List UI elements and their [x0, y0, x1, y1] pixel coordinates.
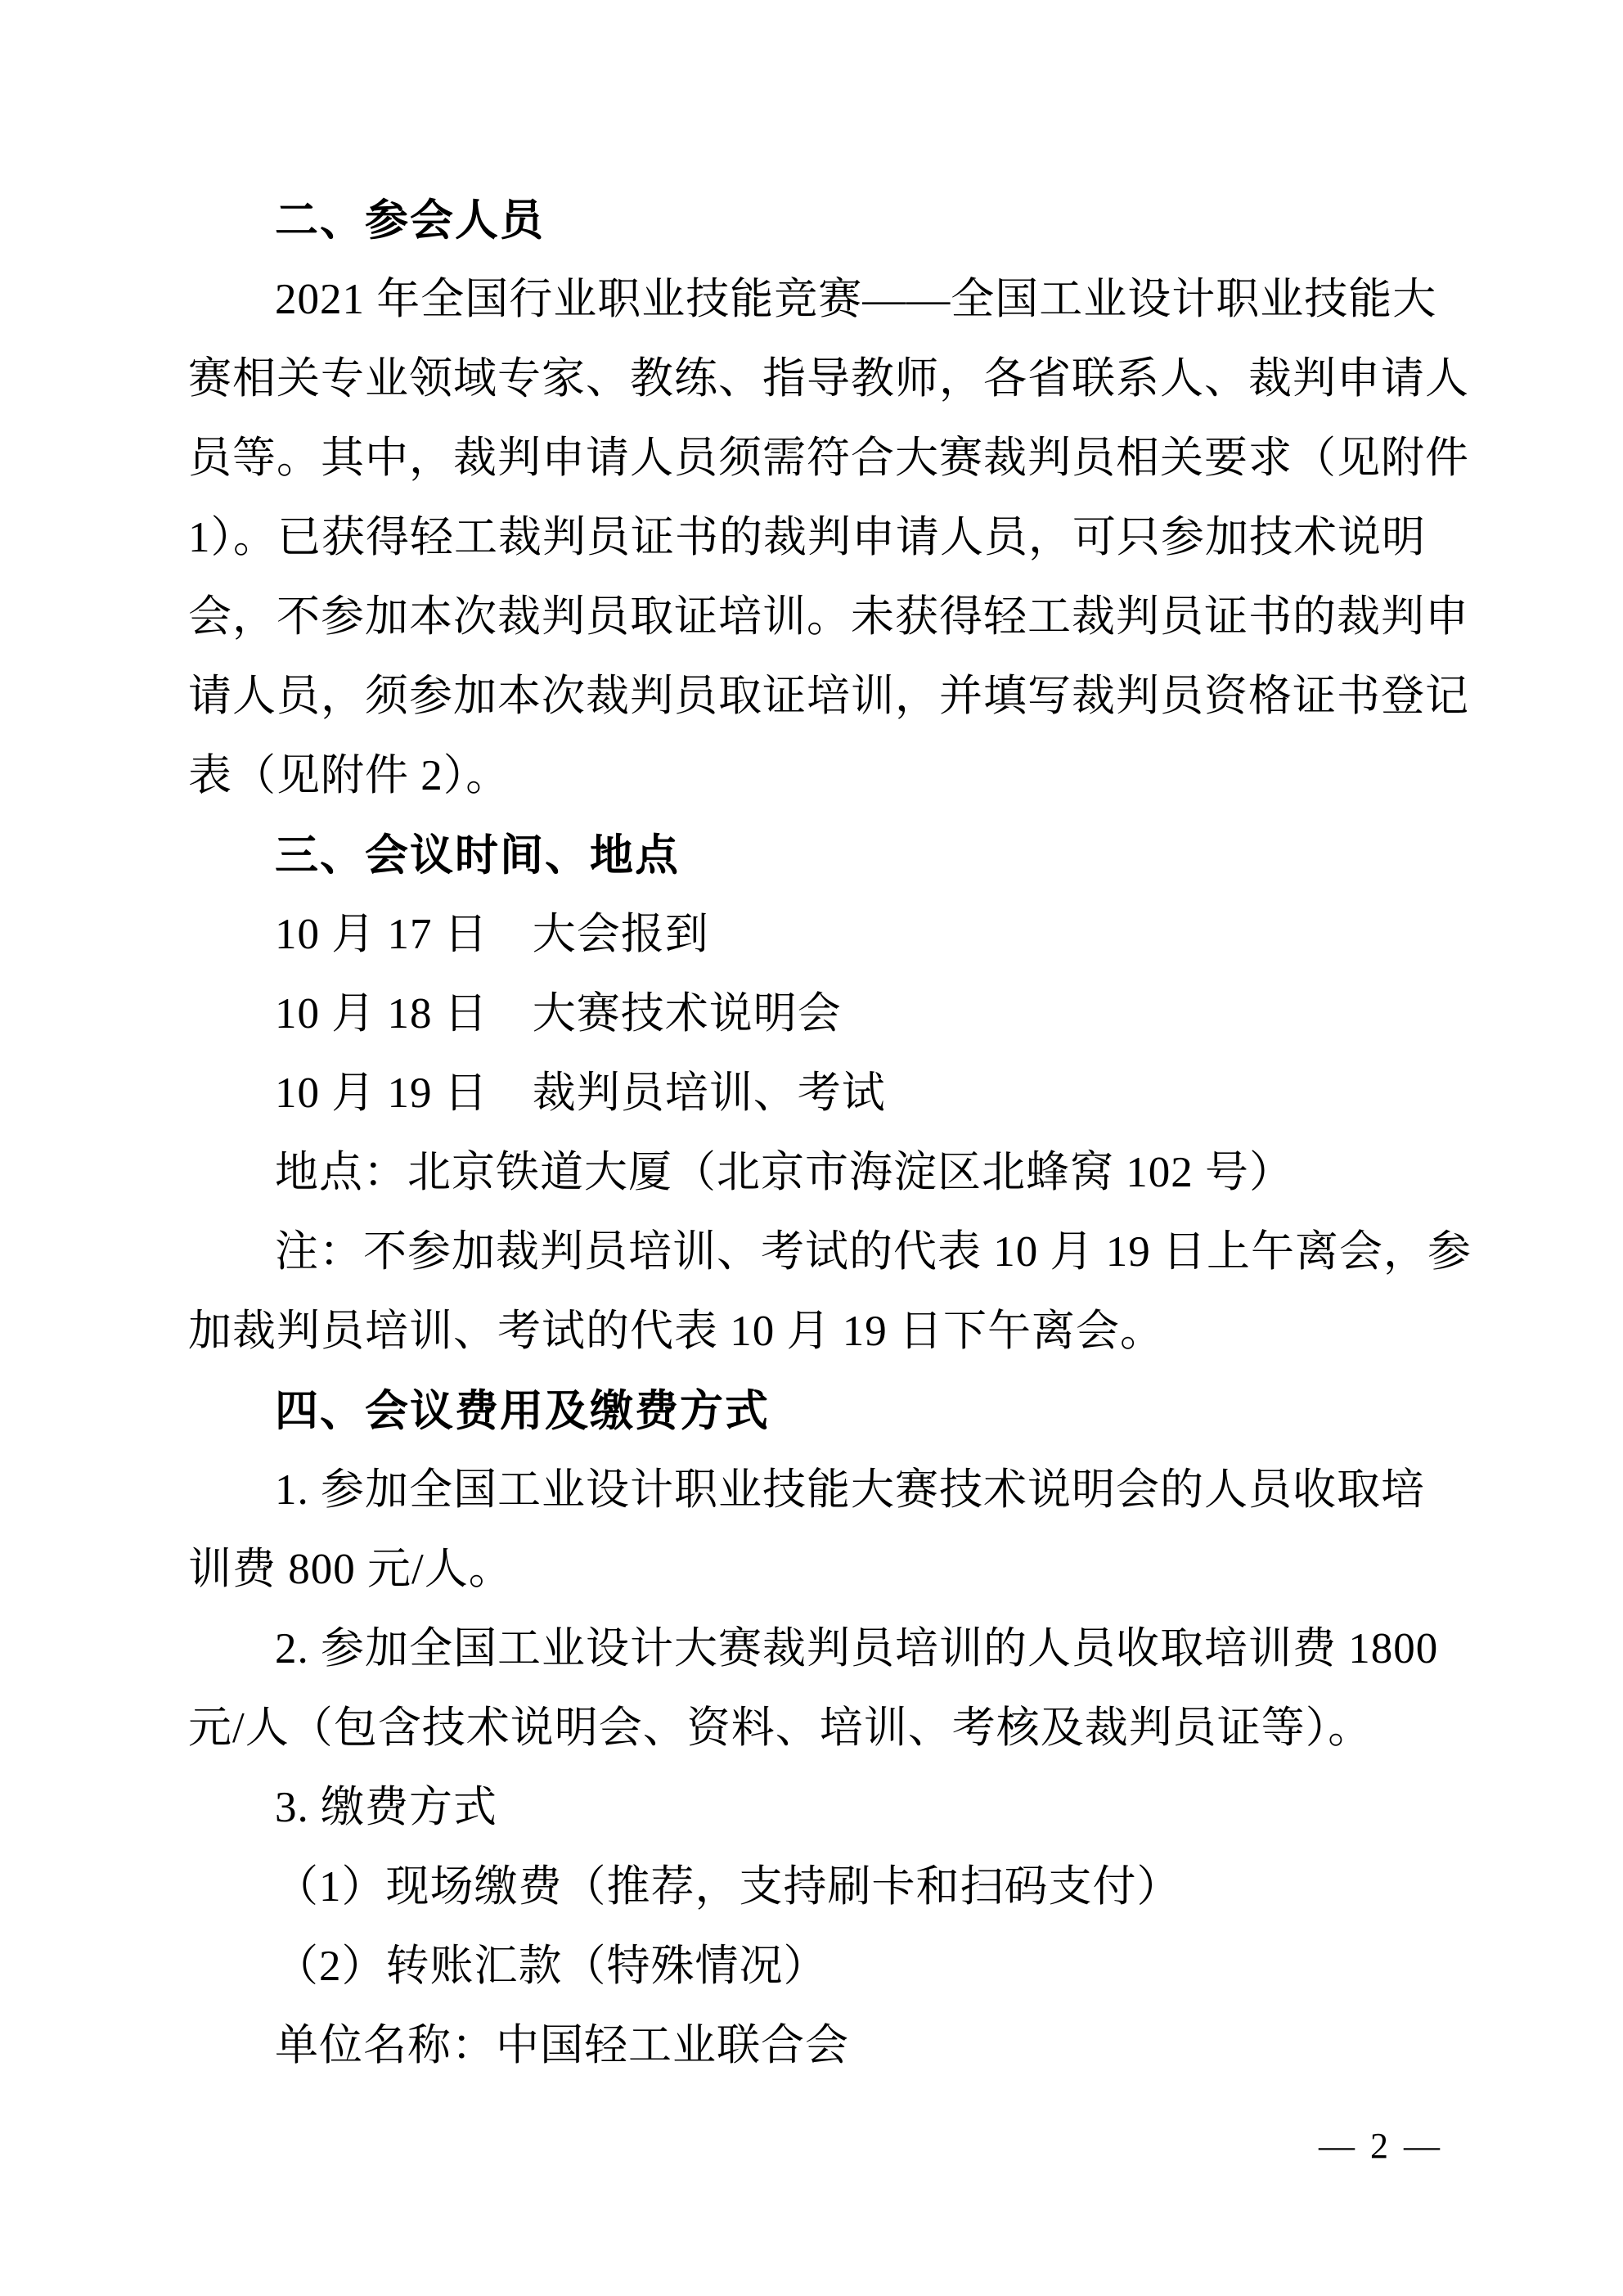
doc-line: 10 月 19 日 裁判员培训、考试 — [188, 1054, 1452, 1133]
section-heading: 二、参会人员 — [188, 181, 1452, 260]
doc-line: 员等。其中，裁判申请人员须需符合大赛裁判员相关要求（见附件 — [188, 419, 1452, 498]
doc-line: 单位名称：中国轻工业联合会 — [188, 2006, 1452, 2086]
doc-line: 1. 参加全国工业设计职业技能大赛技术说明会的人员收取培 — [188, 1451, 1452, 1530]
doc-line: （1）现场缴费（推荐，支持刷卡和扫码支付） — [188, 1848, 1452, 1927]
doc-line: 2. 参加全国工业设计大赛裁判员培训的人员收取培训费 1800 — [188, 1609, 1452, 1689]
doc-line: 10 月 17 日 大会报到 — [188, 895, 1452, 975]
page-number: — 2 — — [1319, 2118, 1443, 2175]
doc-line: 加裁判员培训、考试的代表 10 月 19 日下午离会。 — [188, 1292, 1452, 1371]
doc-line: 训费 800 元/人。 — [188, 1530, 1452, 1609]
document-body: 二、参会人员2021 年全国行业职业技能竞赛——全国工业设计职业技能大赛相关专业… — [188, 181, 1452, 2086]
doc-line: 地点：北京铁道大厦（北京市海淀区北蜂窝 102 号） — [188, 1133, 1452, 1213]
doc-line: 表（见附件 2）。 — [188, 736, 1452, 816]
doc-line: 3. 缴费方式 — [188, 1768, 1452, 1848]
section-heading: 三、会议时间、地点 — [188, 816, 1452, 895]
doc-line: 2021 年全国行业职业技能竞赛——全国工业设计职业技能大 — [188, 260, 1452, 340]
doc-line: 10 月 18 日 大赛技术说明会 — [188, 975, 1452, 1054]
doc-line: 注：不参加裁判员培训、考试的代表 10 月 19 日上午离会，参 — [188, 1213, 1452, 1292]
doc-line: 会，不参加本次裁判员取证培训。未获得轻工裁判员证书的裁判申 — [188, 578, 1452, 657]
section-heading: 四、会议费用及缴费方式 — [188, 1371, 1452, 1451]
doc-line: （2）转账汇款（特殊情况） — [188, 1927, 1452, 2006]
doc-line: 1）。已获得轻工裁判员证书的裁判申请人员，可只参加技术说明 — [188, 498, 1452, 578]
doc-line: 元/人（包含技术说明会、资料、培训、考核及裁判员证等）。 — [188, 1689, 1452, 1768]
document-page: 二、参会人员2021 年全国行业职业技能竞赛——全国工业设计职业技能大赛相关专业… — [0, 0, 1623, 2296]
doc-line: 请人员，须参加本次裁判员取证培训，并填写裁判员资格证书登记 — [188, 657, 1452, 736]
doc-line: 赛相关专业领域专家、教练、指导教师，各省联系人、裁判申请人 — [188, 340, 1452, 419]
